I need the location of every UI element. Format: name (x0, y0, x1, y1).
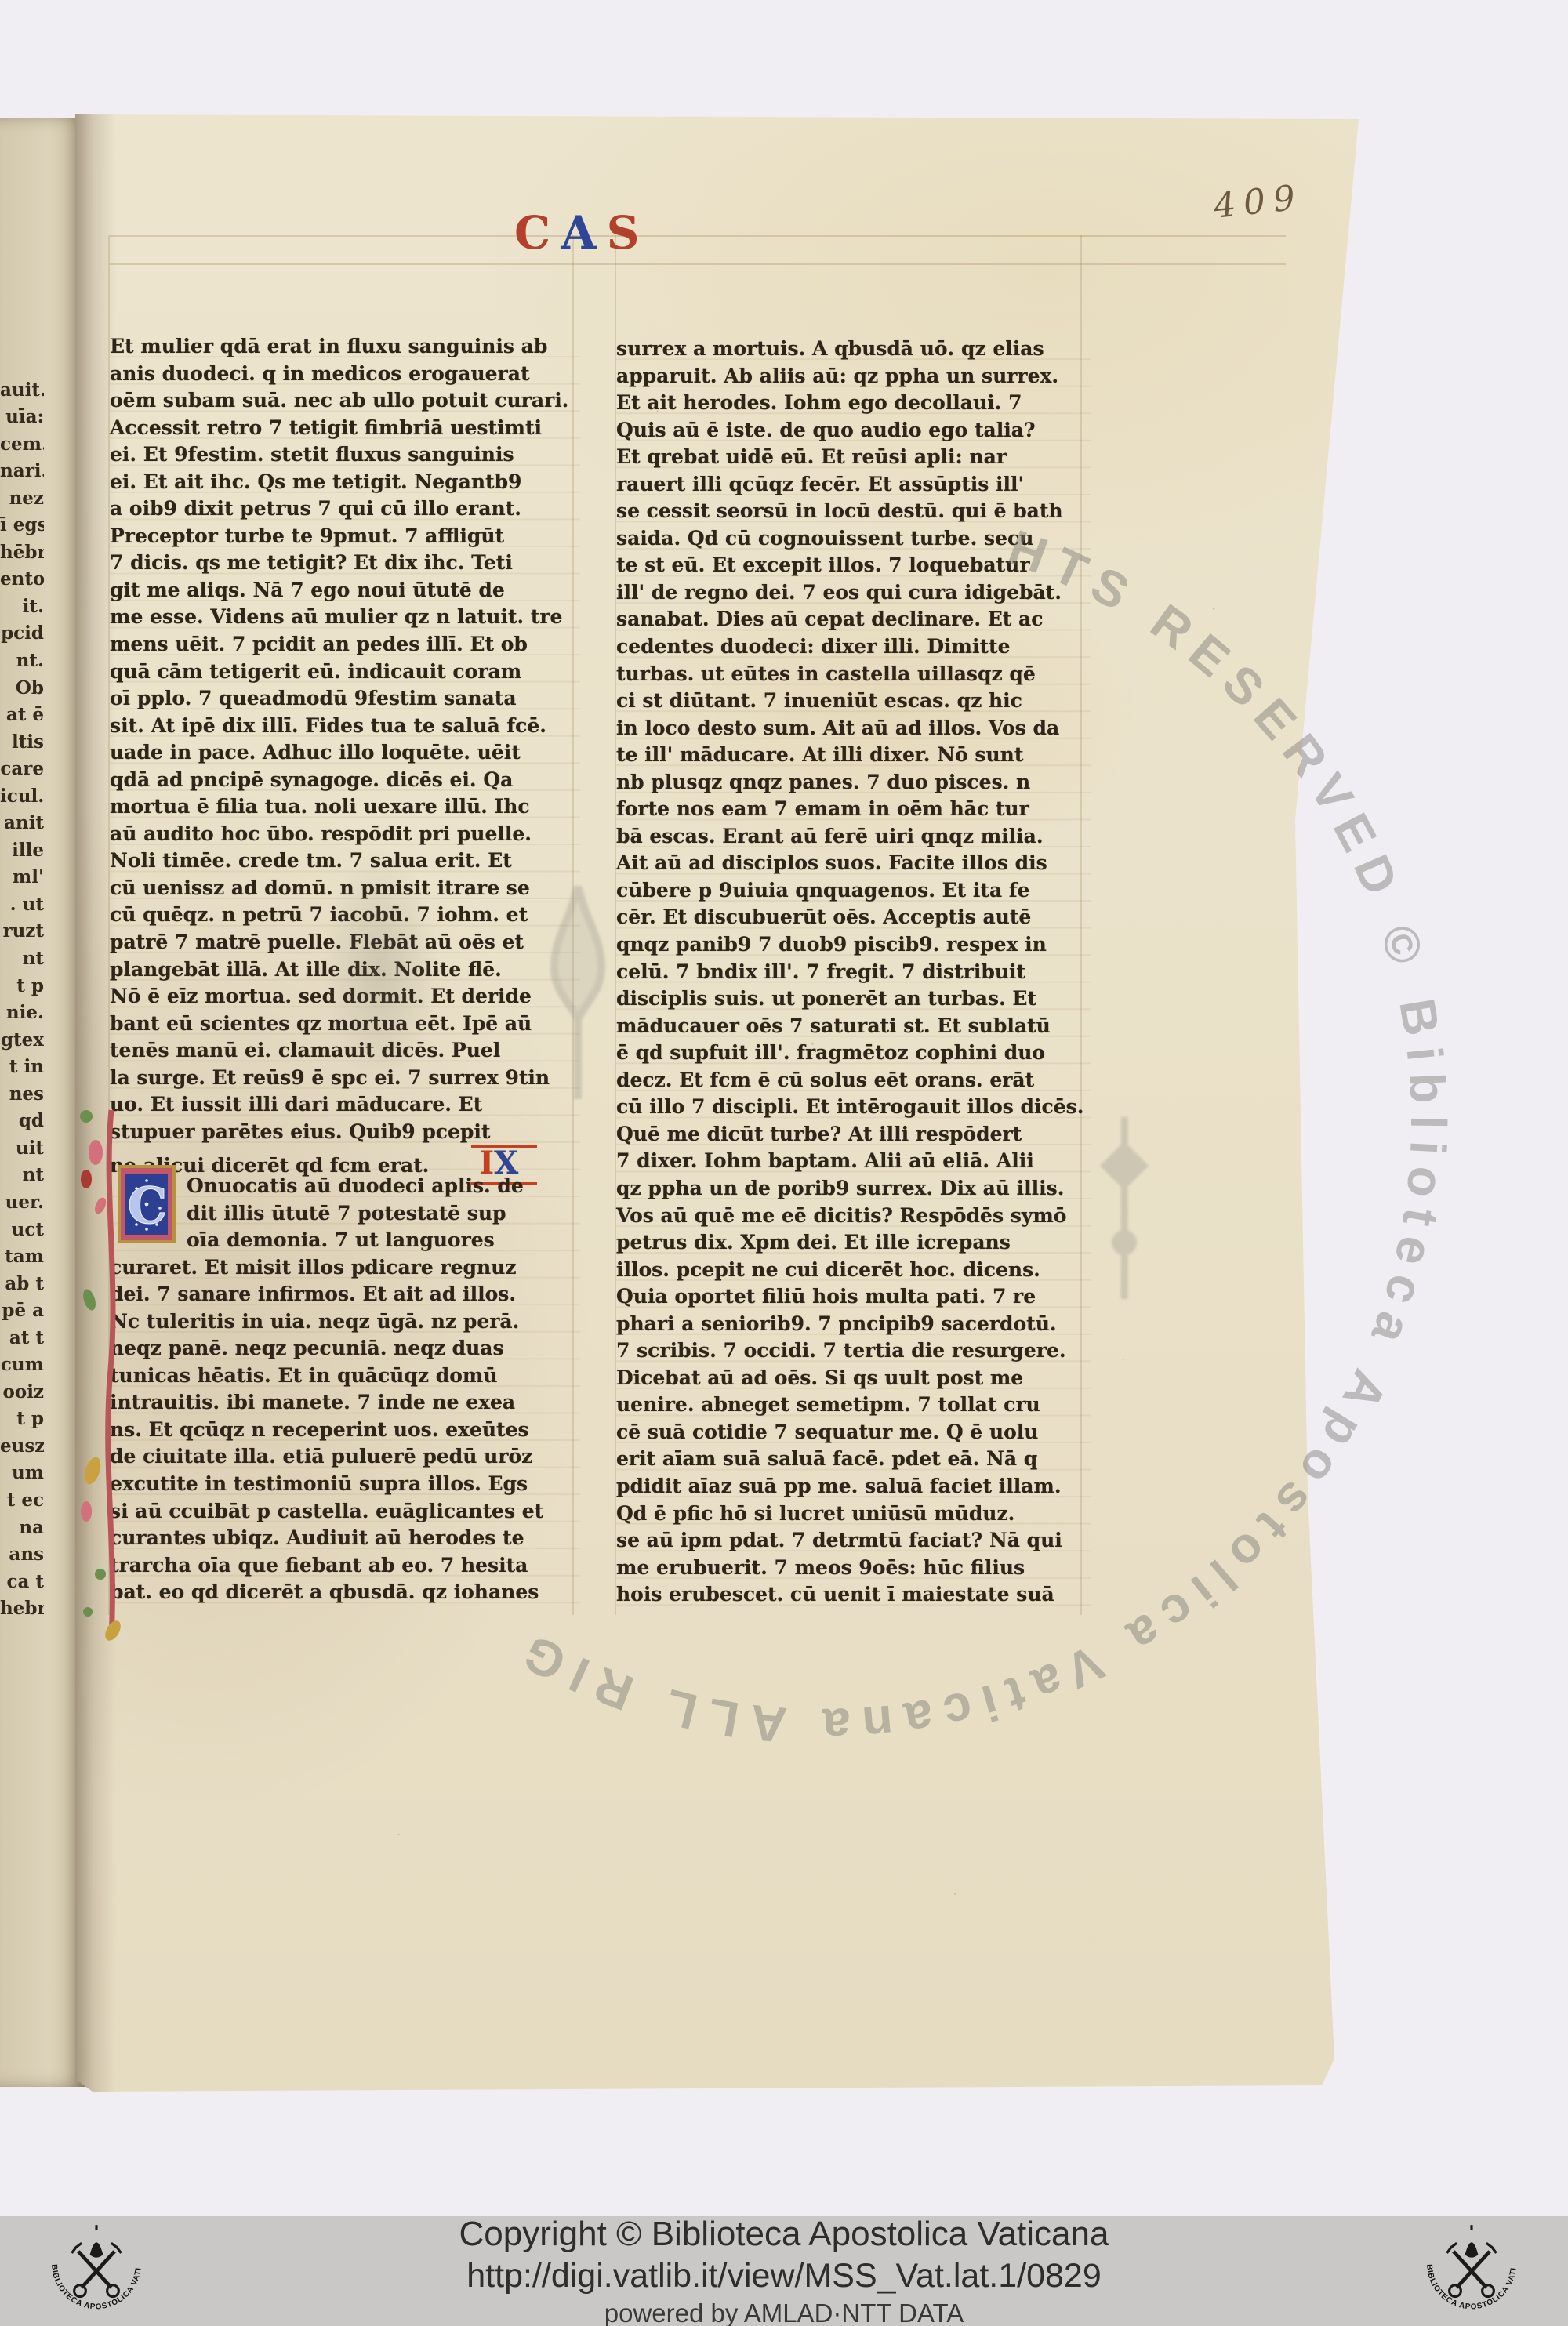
fragment-line: care (0, 756, 44, 783)
text-line: nb plusqz qnqz panes. 7 duo pisces. n (616, 769, 1091, 797)
fragment-line: na (0, 1515, 44, 1542)
text-line: quā cām tetigerit eū. indicauit coram (110, 659, 580, 686)
svg-text:BIBLIOTECA APOSTOLICA VATICANA: BIBLIOTECA APOSTOLICA VATICANA (1422, 2222, 1519, 2311)
facing-page-fragments: auit.uīa:cem.nari.nezī egshēbrentoit.pci… (0, 350, 44, 1623)
fragment-line: hēbr (0, 539, 44, 567)
fragment-line: . ut (0, 891, 44, 919)
fragment-line: at t (0, 1325, 44, 1352)
emblem-caption: BIBLIOTECA APOSTOLICA VATICANA (1422, 2222, 1519, 2311)
text-line: oēm subam suā. nec ab ullo potuit curari… (110, 387, 580, 415)
text-line: curaret. Et misit illos pdicare regnuz (110, 1254, 580, 1282)
text-line: disciplis suis. ut ponerēt an turbas. Et (616, 985, 1091, 1013)
text-line: surrex a mortuis. A qbusdā uō. qz elias (616, 336, 1091, 363)
fragment-line: cum (0, 1352, 44, 1379)
text-line: cē suā cotidie 7 sequatur me. Q ē uolu (616, 1419, 1091, 1446)
text-line: ci st diūtant. 7 inueniūt escas. qz hic (616, 688, 1091, 715)
text-line: Accessit retro 7 tetigit fimbriā uestimt… (110, 415, 580, 442)
fragment-line: tam (0, 1243, 44, 1271)
text-line: se aū ipm pdat. 7 detrmtū faciat? Nā qui (616, 1527, 1091, 1555)
fragment-line: ca t (0, 1569, 44, 1596)
fragment-line: nes (0, 1081, 44, 1109)
fragment-line: ento (0, 566, 44, 593)
text-line: cēr. Et discubuerūt oēs. Acceptis autē (616, 904, 1091, 931)
fragment-line (0, 350, 44, 377)
text-line: petrus dix. Xpm dei. Et ille icrepans (616, 1229, 1091, 1257)
text-line: se cessit seorsū in locū destū. qui ē ba… (616, 498, 1091, 525)
text-line: ns. Et qcūqz n receperint uos. exeūtes (110, 1417, 580, 1444)
text-line: phari a seniorib9. 7 pncipib9 sacerdotū. (616, 1311, 1091, 1338)
text-line: cedentes duodeci: dixer illi. Dimitte (616, 633, 1091, 661)
fragment-line: um (0, 1460, 44, 1487)
text-line: intrauitis. ibi manete. 7 inde ne exea (110, 1389, 580, 1417)
fragment-line: gtex (0, 1027, 44, 1054)
text-line: Ait aū ad disciplos suos. Facite illos d… (616, 850, 1091, 877)
text-line: si aū ccuibāt p castella. euāglicantes e… (110, 1498, 580, 1526)
text-line: 7 scribis. 7 occidi. 7 tertia die resurg… (616, 1337, 1091, 1365)
text-line: curantes ubiqz. Audiuit aū herodes te (110, 1525, 580, 1552)
fragment-line: ruzt (0, 918, 44, 945)
text-line: sit. At ipē dix illī. Fides tua te saluā… (110, 713, 580, 740)
text-line: qz ppha un de porib9 surrex. Dix aū illi… (616, 1175, 1091, 1203)
text-line: bā escas. Erant aū ferē uiri qnqz milia. (616, 823, 1091, 851)
fragment-line: nie. (0, 1000, 44, 1027)
fragment-line: uit (0, 1135, 44, 1163)
text-line: trarcha oīa que fiebant ab eo. 7 hesita (110, 1552, 580, 1580)
running-header: C A S (514, 210, 639, 256)
digitization-url: http://digi.vatlib.it/view/MSS_Vat.lat.1… (466, 2257, 1101, 2295)
text-line: ē qd supfuit ill'. fragmētoz cophini duo (616, 1040, 1091, 1067)
text-line: celū. 7 bndix ill'. 7 fregit. 7 distribu… (616, 959, 1091, 986)
text-line: sanabat. Dies aū cepat declinare. Et ac (616, 606, 1091, 633)
fragment-line: nt (0, 1162, 44, 1189)
vatican-library-emblem-icon: BIBLIOTECA APOSTOLICA VATICANA (1422, 2222, 1521, 2321)
emblem-caption: BIBLIOTECA APOSTOLICA VATICANA (47, 2222, 143, 2311)
text-line: Preceptor turbe te 9pmut. 7 affligūt (110, 523, 580, 550)
ruling-line (110, 263, 1286, 265)
text-line: ne alicui dicerēt qd fcm erat.IX (110, 1145, 580, 1173)
text-line: ei. Et ait ihc. Qs me tetigit. Negantb9 (110, 469, 580, 496)
text-line: a oib9 dixit petrus 7 qui cū illo erant. (110, 495, 580, 523)
text-line: pdidit aīaz suā pp me. saluā faciet illa… (616, 1473, 1091, 1500)
text-line: uenire. abneget semetipm. 7 tollat cru (616, 1392, 1091, 1419)
text-line: forte nos eam 7 emam in oēm hāc tur (616, 796, 1091, 823)
text-line: qdā ad pncipē synagoge. dicēs ei. Qa (110, 767, 580, 794)
text-line: Dicebat aū ad oēs. Si qs uult post me (616, 1365, 1091, 1392)
fragment-line: uīa: (0, 404, 44, 431)
text-line: apparuit. Ab aliis aū: qz ppha un surrex… (616, 363, 1091, 390)
text-line: neqz panē. neqz pecuniā. neqz duas (110, 1335, 580, 1363)
text-column-right: surrex a mortuis. A qbusdā uō. qz eliasa… (616, 336, 1091, 1609)
fragment-line: qd (0, 1108, 44, 1135)
fragment-line: ltis (0, 729, 44, 757)
ruling-line (110, 235, 1286, 237)
text-line: saida. Qd cū cognouissent turbe. secu (616, 525, 1091, 553)
fragment-line: ab t (0, 1271, 44, 1298)
fragment-line: eusz (0, 1433, 44, 1461)
showthrough-ornament-icon (1090, 1117, 1159, 1299)
fragment-line: pē a (0, 1297, 44, 1325)
copyright-text: Copyright © Biblioteca Apostolica Vatica… (459, 2215, 1109, 2254)
text-line: me erubuerit. 7 meos 9oēs: hūc filius (616, 1555, 1091, 1582)
text-line: Et qrebat uidē eū. Et reūsi apli: nar (616, 444, 1091, 471)
facing-page-edge: auit.uīa:cem.nari.nezī egshēbrentoit.pci… (0, 118, 88, 2087)
text-line: dei. 7 sanare infirmos. Et ait ad illos. (110, 1281, 580, 1308)
text-line: ill' de regno dei. 7 eos qui cura idigeb… (616, 579, 1091, 607)
fragment-line: anit (0, 810, 44, 837)
running-header-letter: S (607, 210, 640, 256)
footer-bar: Copyright © Biblioteca Apostolica Vatica… (0, 2216, 1568, 2326)
text-line: dit illis ūtutē 7 potestatē sup (110, 1200, 580, 1228)
fragment-line: nez (0, 485, 44, 513)
text-line: Et ait herodes. Iohm ego decollaui. 7 (616, 390, 1091, 417)
showthrough-smudge (298, 800, 463, 1137)
fragment-line: t ec (0, 1487, 44, 1515)
text-line: stupuer parētes eius. Quib9 pcepit (110, 1119, 580, 1146)
text-line: te ill' māducare. At illi dixer. Nō sunt (616, 742, 1091, 769)
text-line: ei. Et 9festim. stetit fluxus sanguinis (110, 441, 580, 469)
text-line: oīa demonia. 7 ut languores (110, 1227, 580, 1254)
text-line: tunicas hēatis. Et in quācūqz domū (110, 1363, 580, 1390)
fragment-line: cem. (0, 431, 44, 459)
text-line: te st eū. Et excepit illos. 7 loquebatur (616, 552, 1091, 579)
text-line: 7 dicis. qs me tetigit? Et dix ihc. Teti (110, 550, 580, 577)
fragment-line: hebr. (0, 1595, 44, 1623)
powered-by-text: powered by AMLAD·NTT DATA (604, 2299, 964, 2326)
text-line: Onuocatis aū duodeci aplis. de (110, 1173, 580, 1200)
text-line: illos. pcepit ne cui dicerēt hoc. dicens… (616, 1257, 1091, 1284)
text-line: rauert illi qcūqz fecēr. Et assūptis ill… (616, 471, 1091, 499)
vatican-library-emblem-icon: BIBLIOTECA APOSTOLICA VATICANA (47, 2222, 146, 2321)
svg-text:BIBLIOTECA APOSTOLICA VATICANA: BIBLIOTECA APOSTOLICA VATICANA (47, 2222, 143, 2311)
text-line: bat. eo qd dicerēt a qbusdā. qz iohanes (110, 1579, 580, 1606)
text-line: uade in pace. Adhuc illo loquēte. uēit (110, 739, 580, 767)
text-line: cūbere p 9uiuia qnquagenos. Et ita fe (616, 877, 1091, 905)
fragment-line: uer. (0, 1189, 44, 1217)
showthrough-ornament-icon (545, 886, 611, 1099)
text-line: Quia oportet filiū hois multa pati. 7 re (616, 1283, 1091, 1311)
text-line: hois erubescet. cū uenit ī maiestate suā (616, 1581, 1091, 1609)
text-line: excutite in testimoniū supra illos. Egs (110, 1471, 580, 1498)
text-line: de ciuitate illa. etiā puluerē pedū urōz (110, 1443, 580, 1471)
text-line: Quē me dicūt turbe? At illi respōdert (616, 1121, 1091, 1148)
text-line: oī pplo. 7 queadmodū 9festim sanata (110, 685, 580, 713)
text-line: mens uēit. 7 pcidit an pedes illī. Et ob (110, 631, 580, 659)
text-line: māducauer oēs 7 saturati st. Et sublatū (616, 1013, 1091, 1040)
fragment-line: ooiz (0, 1379, 44, 1406)
text-line: me esse. Videns aū mulier qz n latuit. t… (110, 604, 580, 631)
text-line: Et mulier qdā erat in fluxu sanguinis ab (110, 333, 580, 361)
fragment-line: ī egs (0, 512, 44, 539)
text-line: Qd ē pfic hō si lucret uniūsū mūduz. (616, 1500, 1091, 1528)
fragment-line: it. (0, 593, 44, 621)
digitized-manuscript-photo: auit.uīa:cem.nari.nezī egshēbrentoit.pci… (0, 0, 1568, 2326)
footer-text-block: Copyright © Biblioteca Apostolica Vatica… (0, 2216, 1568, 2326)
fragment-line: ille (0, 837, 44, 865)
text-line: qnqz panib9 7 duob9 piscib9. respex in (616, 931, 1091, 959)
fragment-line: t in (0, 1054, 44, 1081)
text-line: git me aliqs. Nā 7 ego noui ūtutē de (110, 577, 580, 604)
text-line: erit aīam suā saluā facē. pdet eā. Nā q (616, 1446, 1091, 1473)
fragment-line: auit. (0, 377, 44, 405)
text-line: cū illo 7 discipli. Et intērogauit illos… (616, 1094, 1091, 1121)
fragment-line: t p (0, 1406, 44, 1433)
floral-border-icon (77, 1104, 144, 1645)
fragment-line: Ob (0, 675, 44, 702)
fragment-line: uct (0, 1217, 44, 1244)
text-line: Vos aū quē me eē dicitis? Respōdēs symō (616, 1203, 1091, 1230)
fragment-line: ans (0, 1541, 44, 1569)
fragment-line: nt (0, 945, 44, 973)
text-line: Quis aū ē iste. de quo audio ego talia? (616, 417, 1091, 445)
fragment-line: at ē (0, 702, 44, 729)
running-header-letter: C (514, 210, 550, 256)
text-line: decz. Et fcm ē cū solus eēt orans. erāt (616, 1067, 1091, 1094)
text-line: Nc tuleritis in uia. neqz ūgā. nz perā. (110, 1308, 580, 1336)
fragment-line: ml' (0, 864, 44, 891)
text-line: anis duodeci. q in medicos erogauerat (110, 361, 580, 388)
manuscript-page: 409 C A S Et mulier qdā erat in fluxu sa… (75, 114, 1369, 2092)
fragment-line: nt. (0, 648, 44, 675)
fragment-line: pcid (0, 620, 44, 648)
text-line: turbas. ut eūtes in castella uillasqz qē (616, 661, 1091, 688)
fragment-line: t p (0, 973, 44, 1000)
text-line: 7 dixer. Iohm baptam. Alii aū eliā. Alii (616, 1148, 1091, 1175)
running-header-letter: A (561, 210, 596, 256)
fragment-line: icul. (0, 783, 44, 811)
fragment-line: nari. (0, 458, 44, 485)
text-line: in loco desto sum. Ait aū ad illos. Vos … (616, 715, 1091, 742)
